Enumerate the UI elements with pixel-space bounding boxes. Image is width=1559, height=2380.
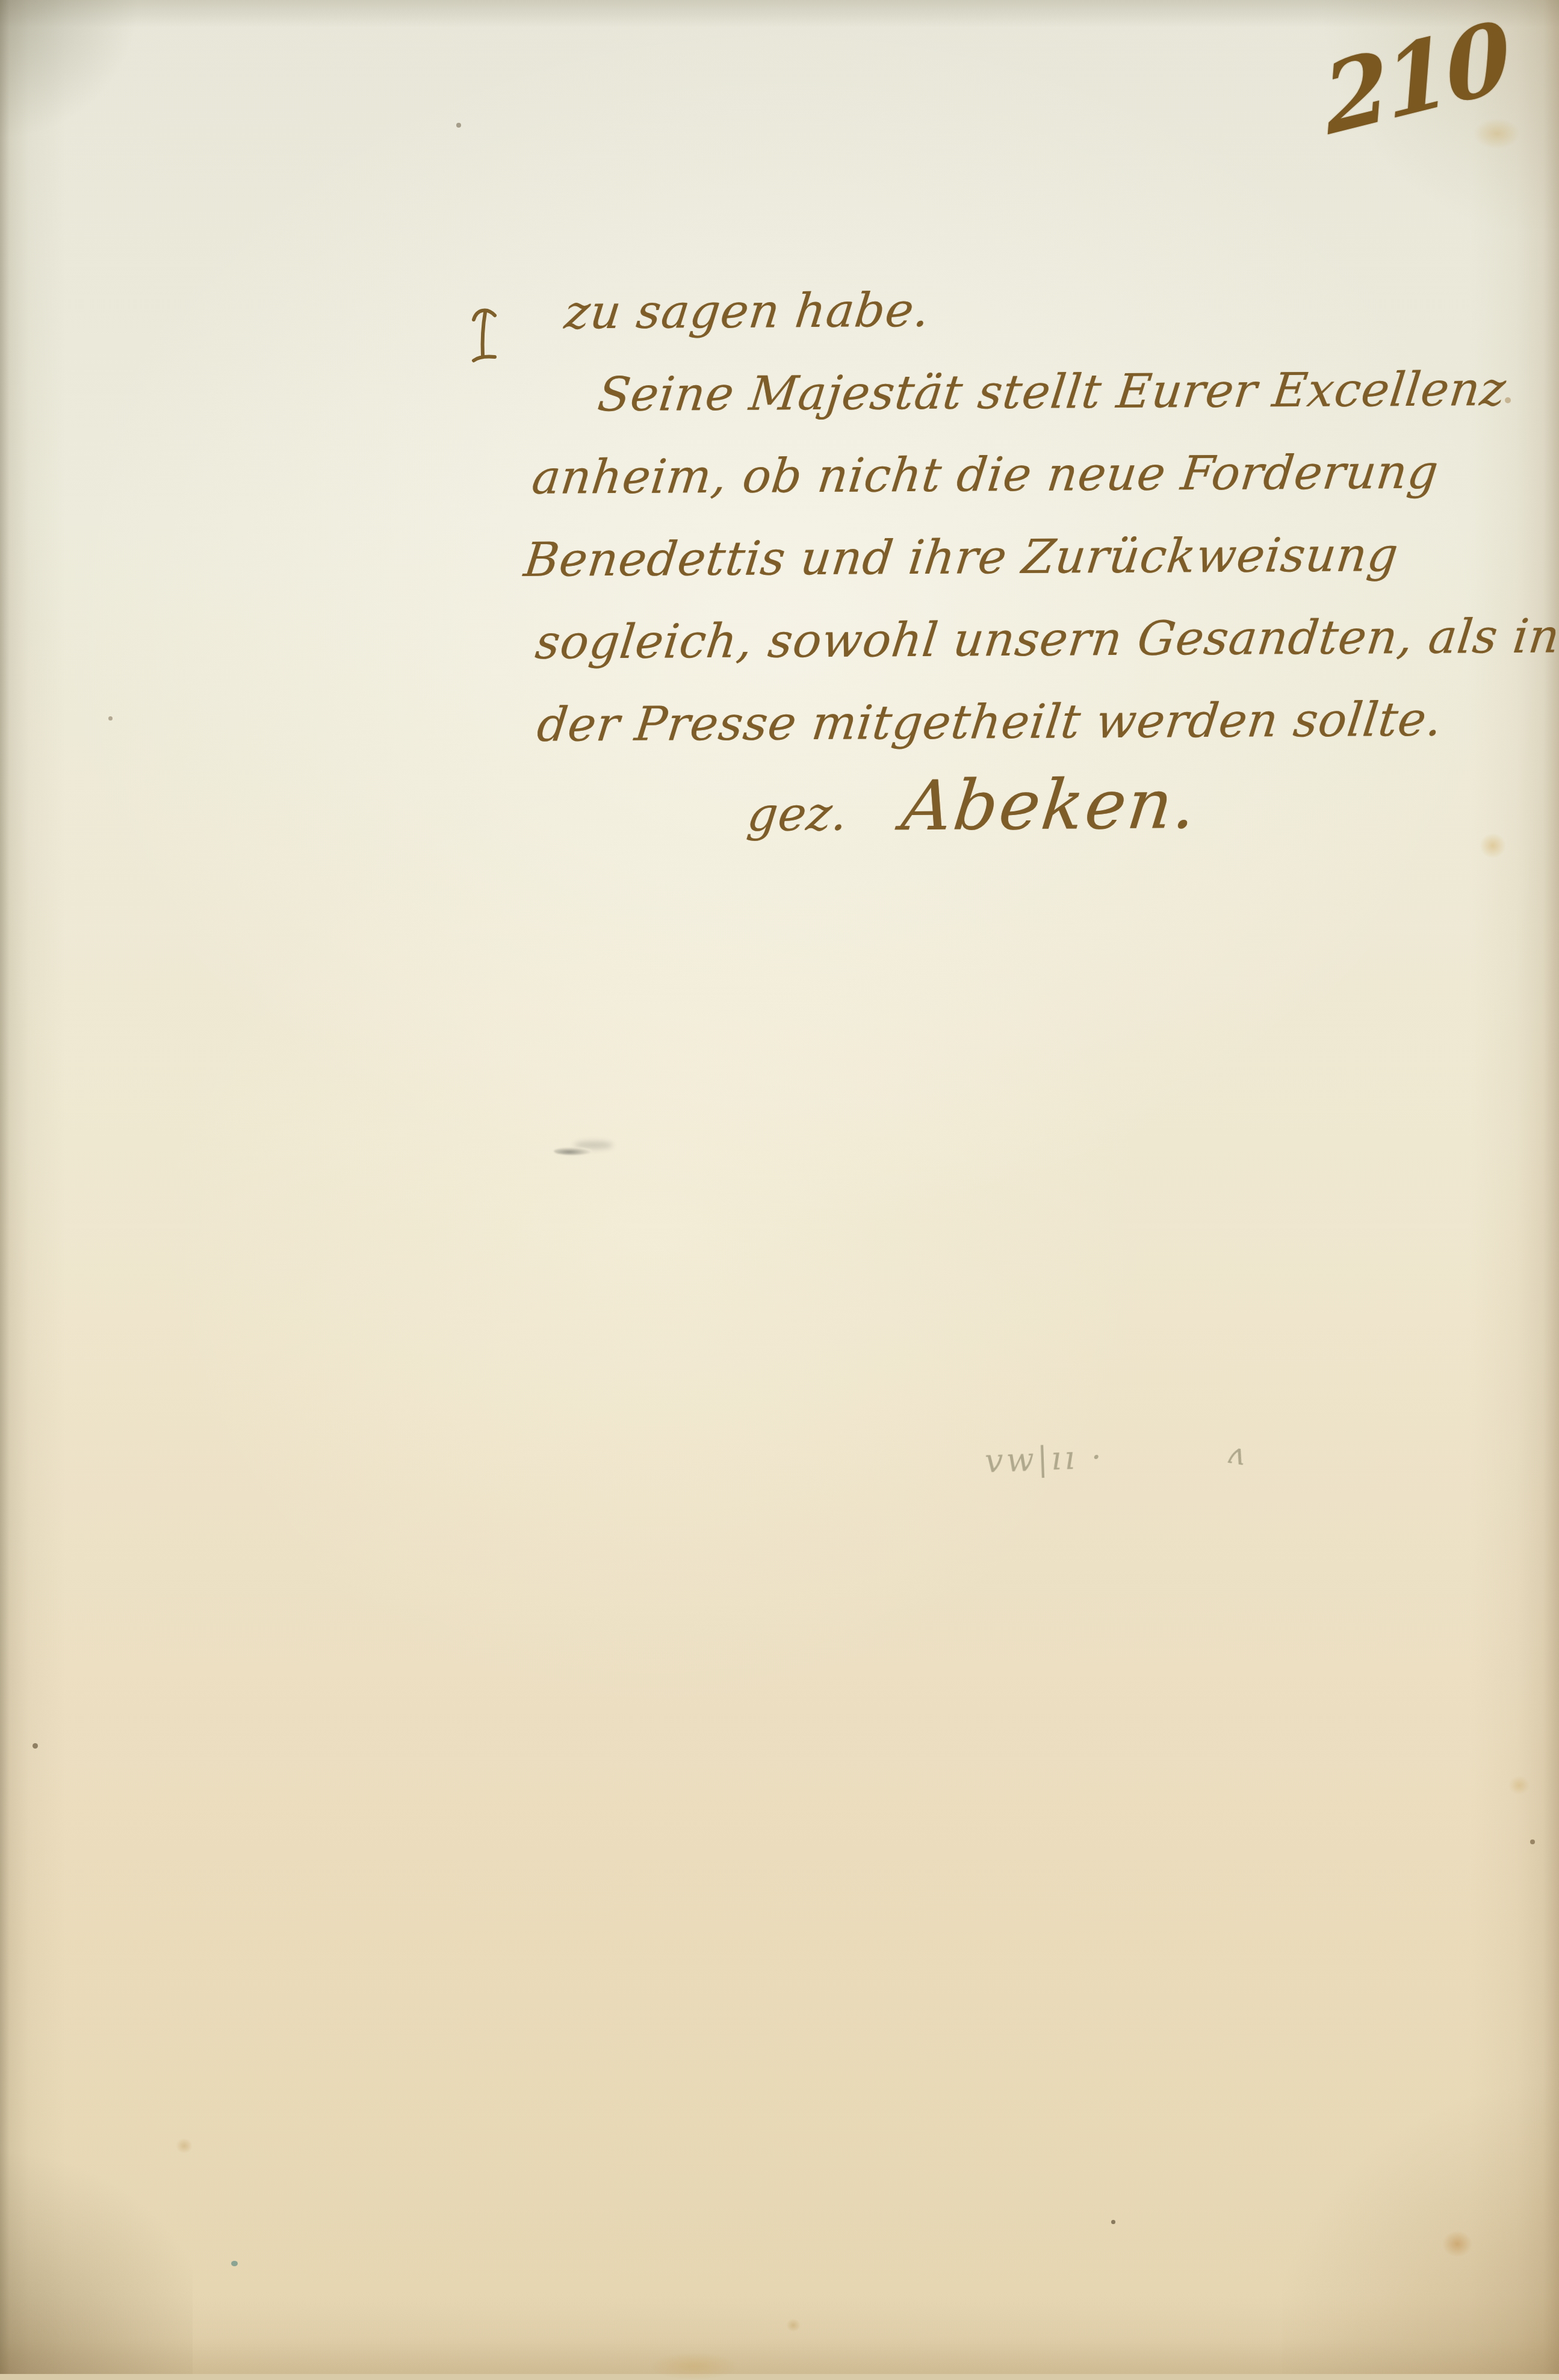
foxing-spot: [176, 2138, 193, 2154]
foxing-spot: [786, 2319, 801, 2332]
smudge-mark: [554, 1147, 592, 1155]
manuscript-page: 210 zu sagen habe. Seine Majestät stellt…: [0, 0, 1559, 2374]
page-number: 210: [1319, 0, 1513, 157]
manuscript-line: zu sagen habe.: [560, 266, 1538, 355]
paper-corner-shading: [0, 0, 144, 156]
ink-speck: [456, 123, 461, 128]
foxing-spot: [1508, 1776, 1530, 1795]
foxing-spot: [649, 2352, 739, 2374]
paper-corner-shading: [0, 2121, 193, 2374]
faint-ink-trace: ʌ: [1226, 1435, 1248, 1472]
manuscript-line: Benedettis und ihre Zurückweisung: [519, 513, 1539, 602]
manuscript-line: anheim, ob nicht die neue Forderung: [528, 431, 1539, 519]
paper-edge-top: [0, 0, 1559, 28]
paper-corner-shading: [1282, 2061, 1559, 2374]
paper-edge-left: [0, 0, 66, 2374]
paper-edge-bottom: [0, 2296, 1559, 2374]
signature-prefix: gez.: [745, 787, 851, 842]
ink-speck: [33, 1743, 38, 1749]
foxing-spot: [1442, 2231, 1472, 2257]
manuscript-line: sogleich, sowohl unsern Gesandten, als i…: [531, 596, 1540, 684]
manuscript-text: zu sagen habe. Seine Majestät stellt Eur…: [516, 266, 1531, 869]
foxing-spot: [1474, 118, 1520, 149]
ink-speck: [1111, 2220, 1115, 2224]
ink-speck: [1530, 1839, 1535, 1844]
manuscript-line: Seine Majestät stellt Eurer Excellenz: [594, 349, 1539, 437]
insertion-mark-icon: [470, 305, 503, 366]
signature-name: Abeken.: [898, 764, 1202, 846]
faint-ink-trace: vw|ıı ·: [984, 1438, 1105, 1480]
ink-speck: [231, 2261, 238, 2266]
signature-line: gez. Abeken.: [742, 761, 1543, 868]
ink-speck: [108, 716, 113, 721]
manuscript-line: der Presse mitgetheilt werden sollte.: [533, 678, 1540, 767]
